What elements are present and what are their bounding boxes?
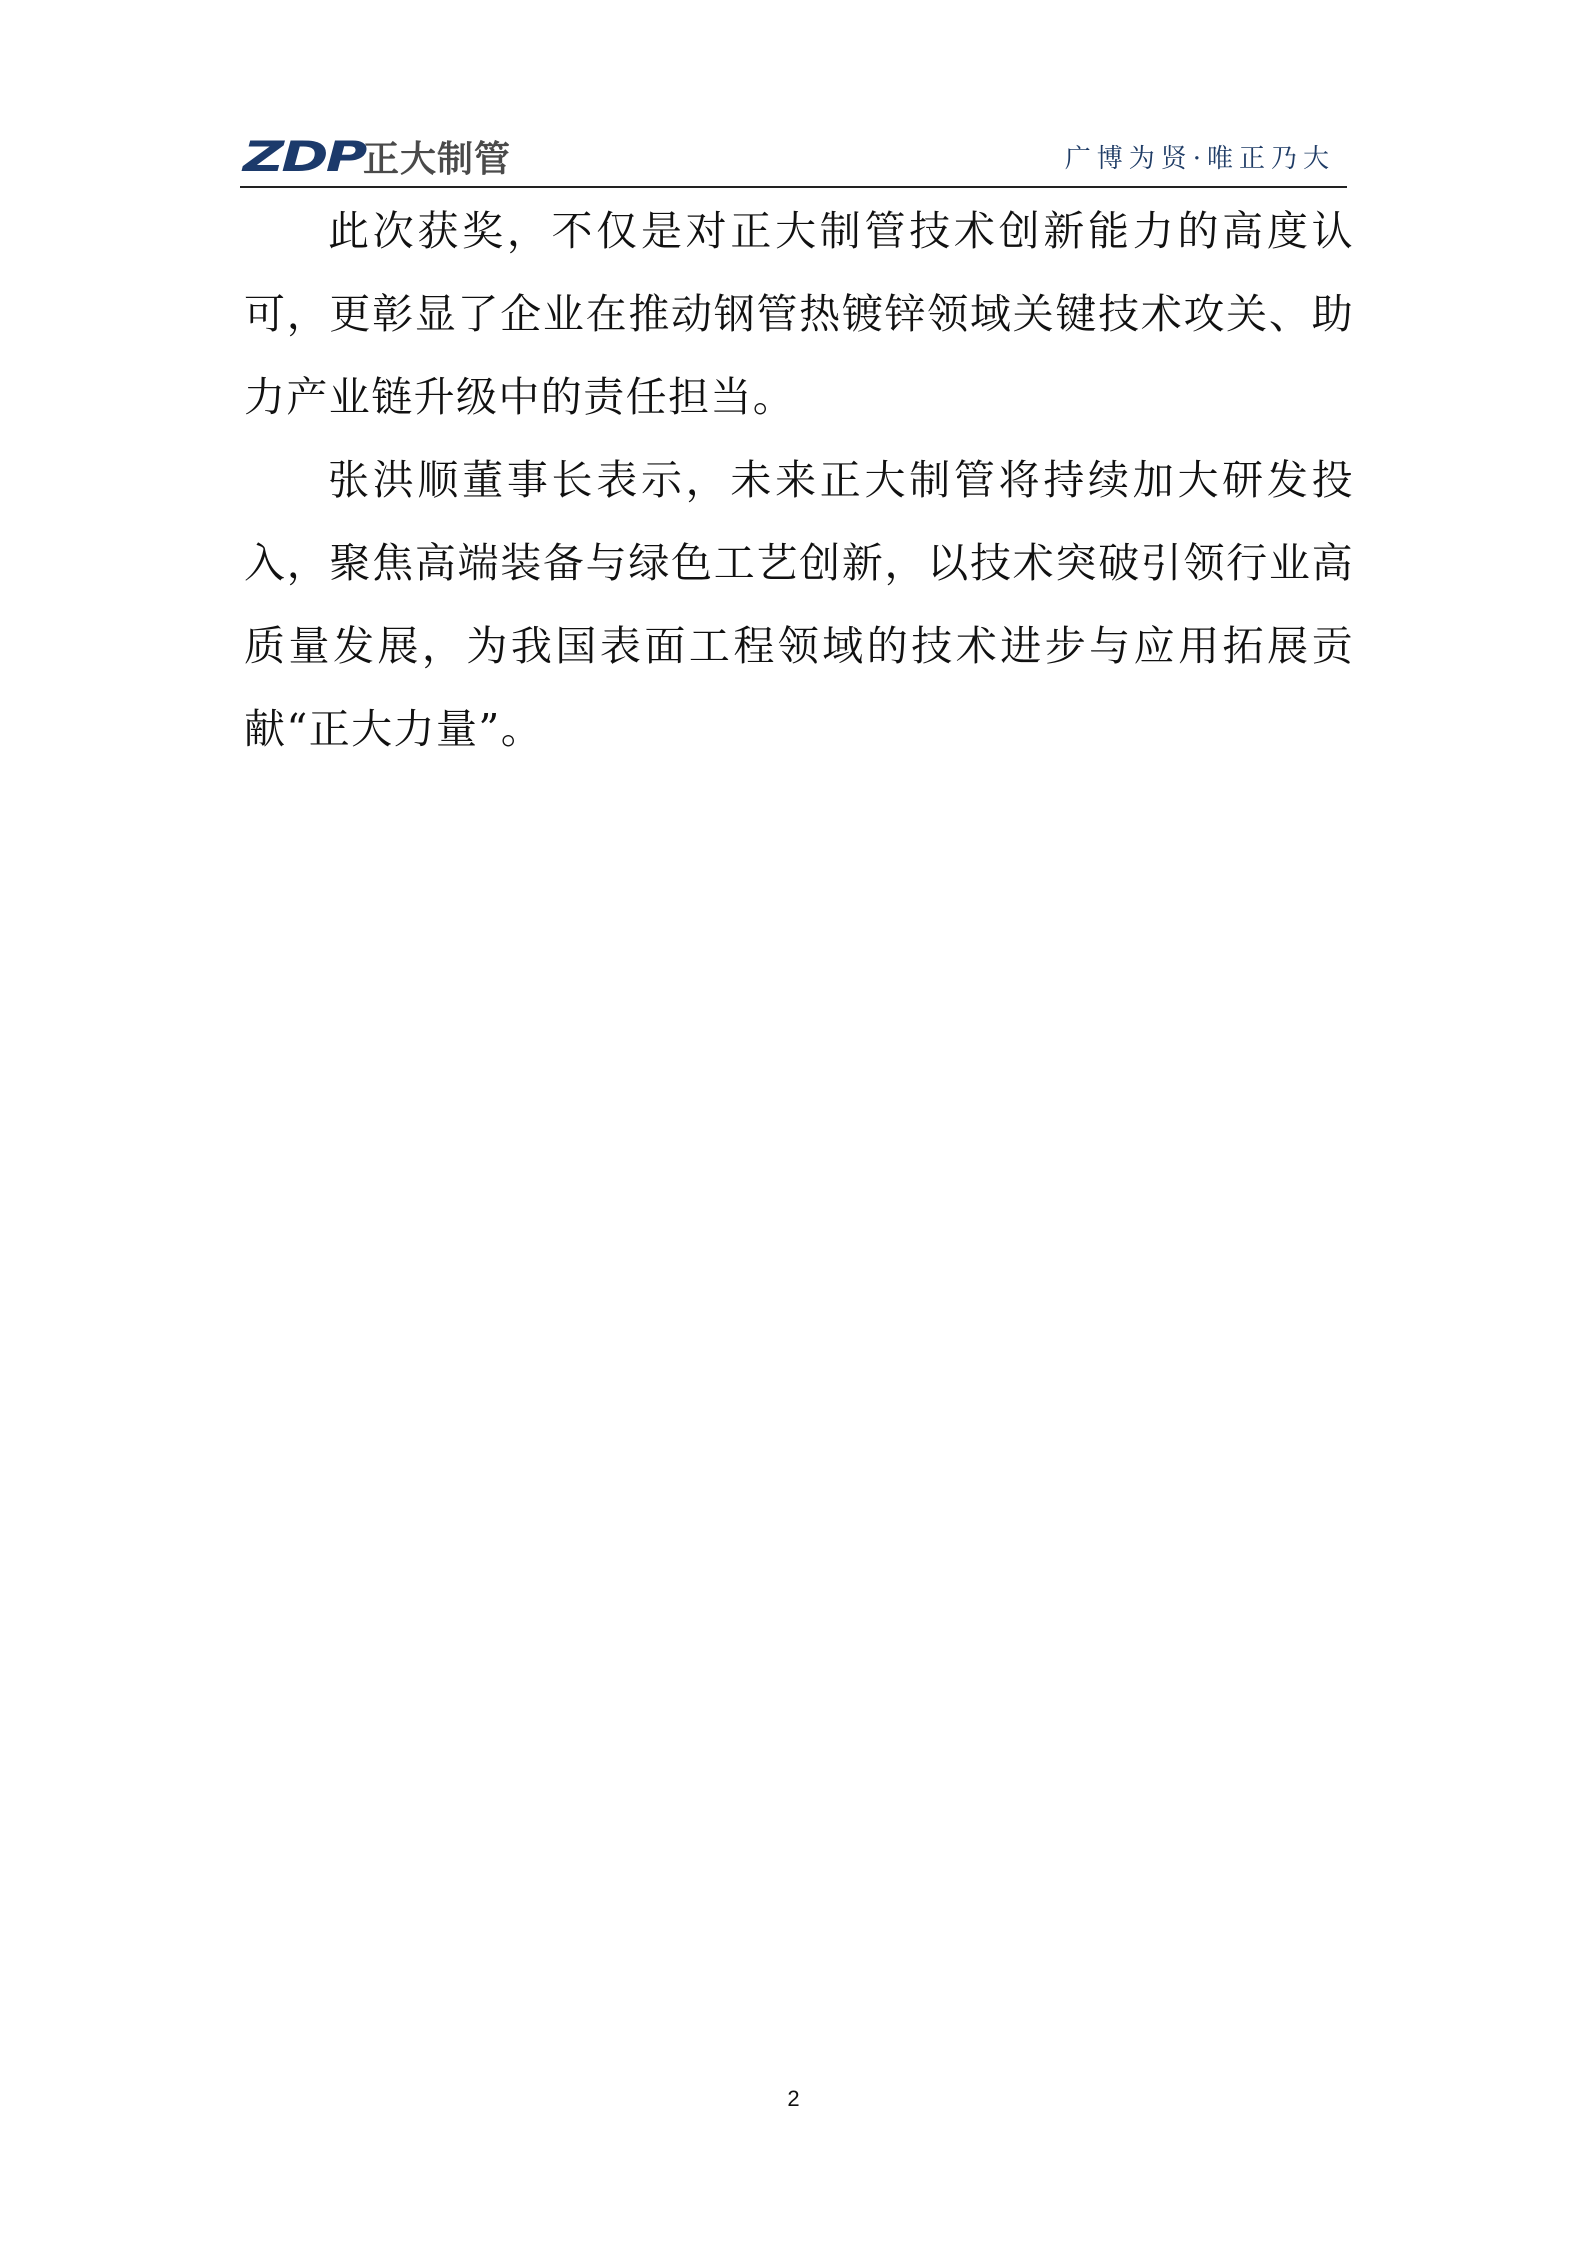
page-header: ZDP 正大制管 广博为贤·唯正乃大: [243, 132, 1347, 187]
page-number: 2: [0, 2086, 1587, 2112]
document-body: 此次获奖，不仅是对正大制管技术创新能力的高度认可，更彰显了企业在推动钢管热镀锌领…: [244, 190, 1354, 771]
paragraph-award-significance: 此次获奖，不仅是对正大制管技术创新能力的高度认可，更彰显了企业在推动钢管热镀锌领…: [244, 190, 1354, 439]
header-divider: [240, 186, 1347, 188]
company-logo: ZDP 正大制管: [243, 136, 511, 176]
paragraph-chairman-statement: 张洪顺董事长表示，未来正大制管将持续加大研发投入，聚焦高端装备与绿色工艺创新，以…: [244, 439, 1354, 771]
header-tagline: 广博为贤·唯正乃大: [1065, 138, 1335, 175]
logo-mark: ZDP: [243, 132, 394, 181]
